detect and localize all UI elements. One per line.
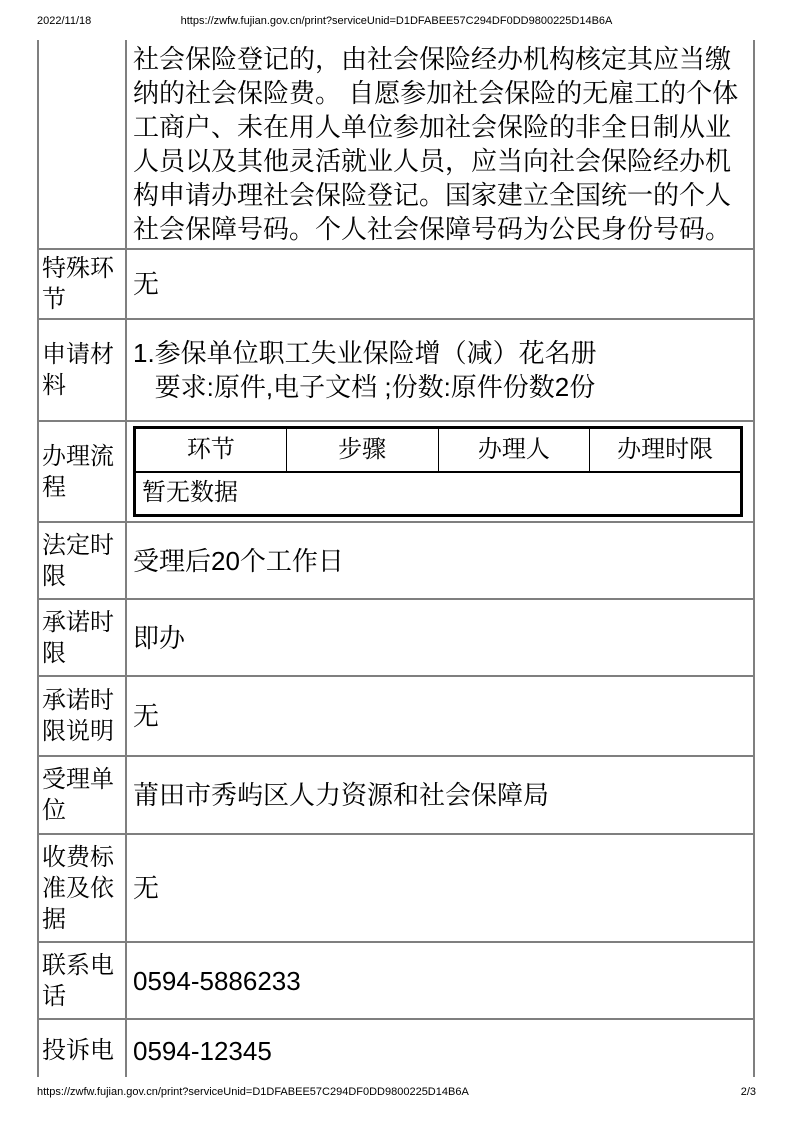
process-flow-empty-row: 暂无数据 — [135, 472, 742, 516]
table-row: 社会保险登记的，由社会保险经办机构核定其应当缴纳的社会保险费。 自愿参加社会保险… — [38, 40, 754, 249]
row-value-application-materials: 1.参保单位职工失业保险增（减）花名册 要求:原件,电子文档 ;份数:原件份数2… — [126, 319, 754, 421]
service-detail-table: 社会保险登记的，由社会保险经办机构核定其应当缴纳的社会保险费。 自愿参加社会保险… — [37, 40, 755, 1077]
row-label-application-materials: 申请材料 — [38, 319, 126, 421]
row-value-contact-phone: 0594-5886233 — [126, 942, 754, 1019]
flow-col-time-limit: 办理时限 — [590, 428, 742, 472]
row-value-complaint-phone: 0594-12345 — [126, 1019, 754, 1077]
table-row: 受理单位 莆田市秀屿区人力资源和社会保障局 — [38, 756, 754, 834]
table-row: 办理流程 环节 步骤 办理人 办理时限 暂无数据 — [38, 421, 754, 522]
row-label-promised-time-limit: 承诺时限 — [38, 599, 126, 676]
row-label-promised-time-note: 承诺时限说明 — [38, 676, 126, 756]
row-value-accepting-unit: 莆田市秀屿区人力资源和社会保障局 — [126, 756, 754, 834]
table-row: 法定时限 受理后20个工作日 — [38, 522, 754, 599]
flow-col-step: 环节 — [135, 428, 287, 472]
table-row: 承诺时限 即办 — [38, 599, 754, 676]
service-description-continuation: 社会保险登记的，由社会保险经办机构核定其应当缴纳的社会保险费。 自愿参加社会保险… — [126, 40, 754, 249]
page-number: 2/3 — [741, 1086, 756, 1098]
table-row: 特殊环节 无 — [38, 249, 754, 319]
flow-col-handler: 办理人 — [438, 428, 590, 472]
table-row: 投诉电 0594-12345 — [38, 1019, 754, 1077]
process-flow-header-row: 环节 步骤 办理人 办理时限 — [135, 428, 742, 472]
row-label-empty — [38, 40, 126, 249]
row-value-process-flow: 环节 步骤 办理人 办理时限 暂无数据 — [126, 421, 754, 522]
row-label-special-steps: 特殊环节 — [38, 249, 126, 319]
table-row: 承诺时限说明 无 — [38, 676, 754, 756]
table-row: 收费标准及依据 无 — [38, 834, 754, 942]
row-label-fee-standard: 收费标准及依据 — [38, 834, 126, 942]
print-header-url: https://zwfw.fujian.gov.cn/print?service… — [0, 15, 793, 27]
table-row: 申请材料 1.参保单位职工失业保险增（减）花名册 要求:原件,电子文档 ;份数:… — [38, 319, 754, 421]
row-label-complaint-phone: 投诉电 — [38, 1019, 126, 1077]
service-detail-table-wrapper: 社会保险登记的，由社会保险经办机构核定其应当缴纳的社会保险费。 自愿参加社会保险… — [37, 40, 756, 1077]
process-flow-table: 环节 步骤 办理人 办理时限 暂无数据 — [133, 426, 743, 517]
row-label-accepting-unit: 受理单位 — [38, 756, 126, 834]
row-label-statutory-time-limit: 法定时限 — [38, 522, 126, 599]
row-label-contact-phone: 联系电话 — [38, 942, 126, 1019]
row-value-statutory-time-limit: 受理后20个工作日 — [126, 522, 754, 599]
row-value-promised-time-note: 无 — [126, 676, 754, 756]
print-footer-url: https://zwfw.fujian.gov.cn/print?service… — [37, 1086, 469, 1098]
flow-no-data: 暂无数据 — [135, 472, 742, 516]
row-value-special-steps: 无 — [126, 249, 754, 319]
row-value-fee-standard: 无 — [126, 834, 754, 942]
row-value-promised-time-limit: 即办 — [126, 599, 754, 676]
flow-col-procedure: 步骤 — [286, 428, 438, 472]
table-row: 联系电话 0594-5886233 — [38, 942, 754, 1019]
row-label-process-flow: 办理流程 — [38, 421, 126, 522]
